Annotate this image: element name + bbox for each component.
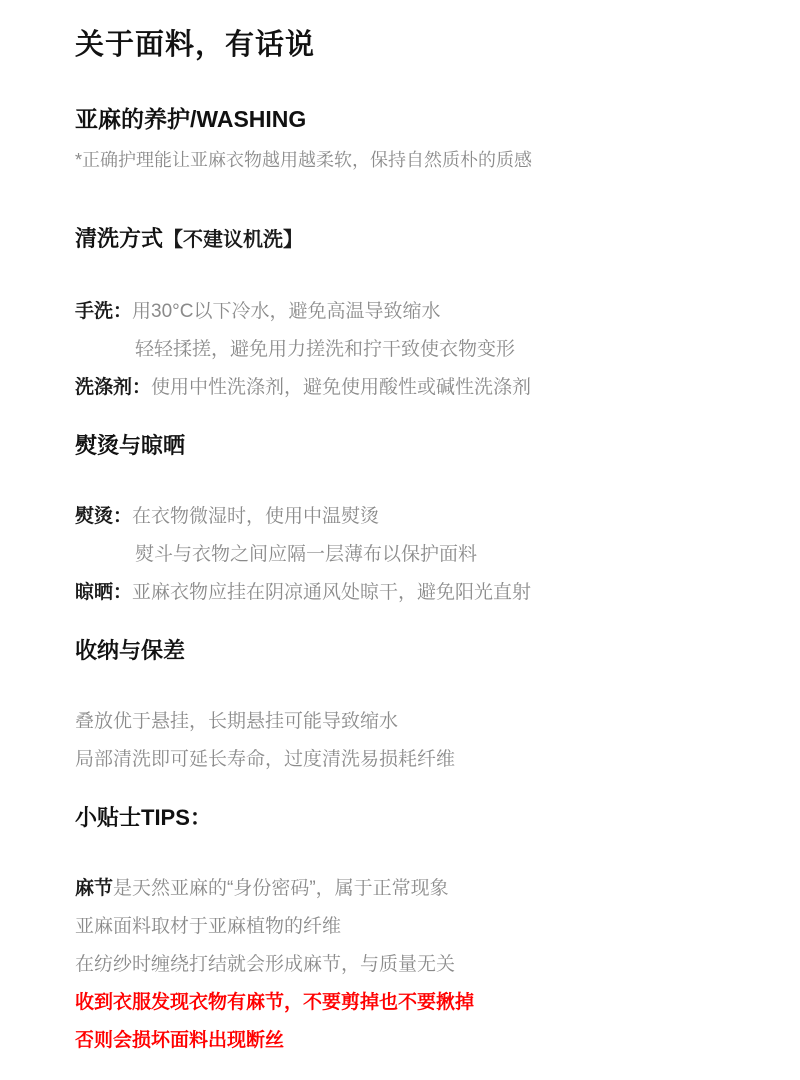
tips-term: 麻节 — [75, 878, 113, 899]
detergent-label: 洗涤剂： — [75, 377, 151, 398]
section-tips: 小贴士TIPS： 麻节是天然亚麻的“身份密码”，属于正常现象 亚麻面料取材于亚麻… — [75, 804, 730, 1060]
iron-text-1: 在衣物微湿时，使用中温熨烫 — [132, 506, 379, 527]
hand-wash-line-1: 手洗：用30°C以下冷水，避免高温导致缩水 — [75, 293, 730, 331]
tips-warning-1: 收到衣服发现衣物有麻节，不要剪掉也不要揪掉 — [75, 984, 730, 1022]
ironing-drying-heading: 熨烫与晾晒 — [75, 432, 730, 459]
washing-intro-note: *正确护理能让亚麻衣物越用越柔软，保持自然质朴的质感 — [75, 149, 730, 171]
section-ironing-drying: 熨烫与晾晒 熨烫：在衣物微湿时，使用中温熨烫 熨斗与衣物之间应隔一层薄布以保护面… — [75, 432, 730, 612]
storage-line-2: 局部清洗即可延长寿命，过度清洗易损耗纤维 — [75, 741, 730, 779]
storage-line-1: 叠放优于悬挂，长期悬挂可能导致缩水 — [75, 703, 730, 741]
tips-heading: 小贴士TIPS： — [75, 804, 730, 831]
hand-wash-label: 手洗： — [75, 301, 132, 322]
iron-line-1: 熨烫：在衣物微湿时，使用中温熨烫 — [75, 498, 730, 536]
hand-wash-text-1: 用30°C以下冷水，避免高温导致缩水 — [132, 301, 440, 322]
section-washing-intro: 亚麻的养护/WASHING *正确护理能让亚麻衣物越用越柔软，保持自然质朴的质感 — [75, 105, 730, 171]
tips-line-3: 在纺纱时缠绕打结就会形成麻节，与质量无关 — [75, 946, 730, 984]
cleaning-heading: 清洗方式【不建议机洗】 — [75, 225, 730, 254]
cleaning-lines: 手洗：用30°C以下冷水，避免高温导致缩水 轻轻揉搓，避免用力搓洗和拧干致使衣物… — [75, 293, 730, 407]
section-storage: 收纳与保差 叠放优于悬挂，长期悬挂可能导致缩水 局部清洗即可延长寿命，过度清洗易… — [75, 637, 730, 779]
storage-heading: 收纳与保差 — [75, 637, 730, 664]
dry-label: 晾晒： — [75, 582, 132, 603]
hand-wash-line-2: 轻轻揉搓，避免用力搓洗和拧干致使衣物变形 — [75, 331, 730, 369]
cleaning-heading-main: 清洗方式 — [75, 226, 163, 251]
ironing-drying-lines: 熨烫：在衣物微湿时，使用中温熨烫 熨斗与衣物之间应隔一层薄布以保护面料 晾晒：亚… — [75, 498, 730, 612]
dry-line: 晾晒：亚麻衣物应挂在阴凉通风处晾干，避免阳光直射 — [75, 574, 730, 612]
page-title: 关于面料，有话说 — [75, 28, 730, 63]
tips-line-1: 麻节是天然亚麻的“身份密码”，属于正常现象 — [75, 870, 730, 908]
dry-text: 亚麻衣物应挂在阴凉通风处晾干，避免阳光直射 — [132, 582, 531, 603]
storage-lines: 叠放优于悬挂，长期悬挂可能导致缩水 局部清洗即可延长寿命，过度清洗易损耗纤维 — [75, 703, 730, 779]
tips-line-2: 亚麻面料取材于亚麻植物的纤维 — [75, 908, 730, 946]
detergent-line: 洗涤剂：使用中性洗涤剂，避免使用酸性或碱性洗涤剂 — [75, 369, 730, 407]
tips-lines: 麻节是天然亚麻的“身份密码”，属于正常现象 亚麻面料取材于亚麻植物的纤维 在纺纱… — [75, 870, 730, 1060]
tips-term-rest: 是天然亚麻的“身份密码”，属于正常现象 — [113, 878, 449, 899]
section-cleaning: 清洗方式【不建议机洗】 手洗：用30°C以下冷水，避免高温导致缩水 轻轻揉搓，避… — [75, 225, 730, 407]
cleaning-heading-bracket: 【不建议机洗】 — [163, 229, 303, 251]
fabric-care-page: 关于面料，有话说 亚麻的养护/WASHING *正确护理能让亚麻衣物越用越柔软，… — [0, 0, 800, 1080]
iron-label: 熨烫： — [75, 506, 132, 527]
washing-intro-heading: 亚麻的养护/WASHING — [75, 105, 730, 133]
tips-warning-2: 否则会损坏面料出现断丝 — [75, 1022, 730, 1060]
detergent-text: 使用中性洗涤剂，避免使用酸性或碱性洗涤剂 — [151, 377, 531, 398]
iron-line-2: 熨斗与衣物之间应隔一层薄布以保护面料 — [75, 536, 730, 574]
